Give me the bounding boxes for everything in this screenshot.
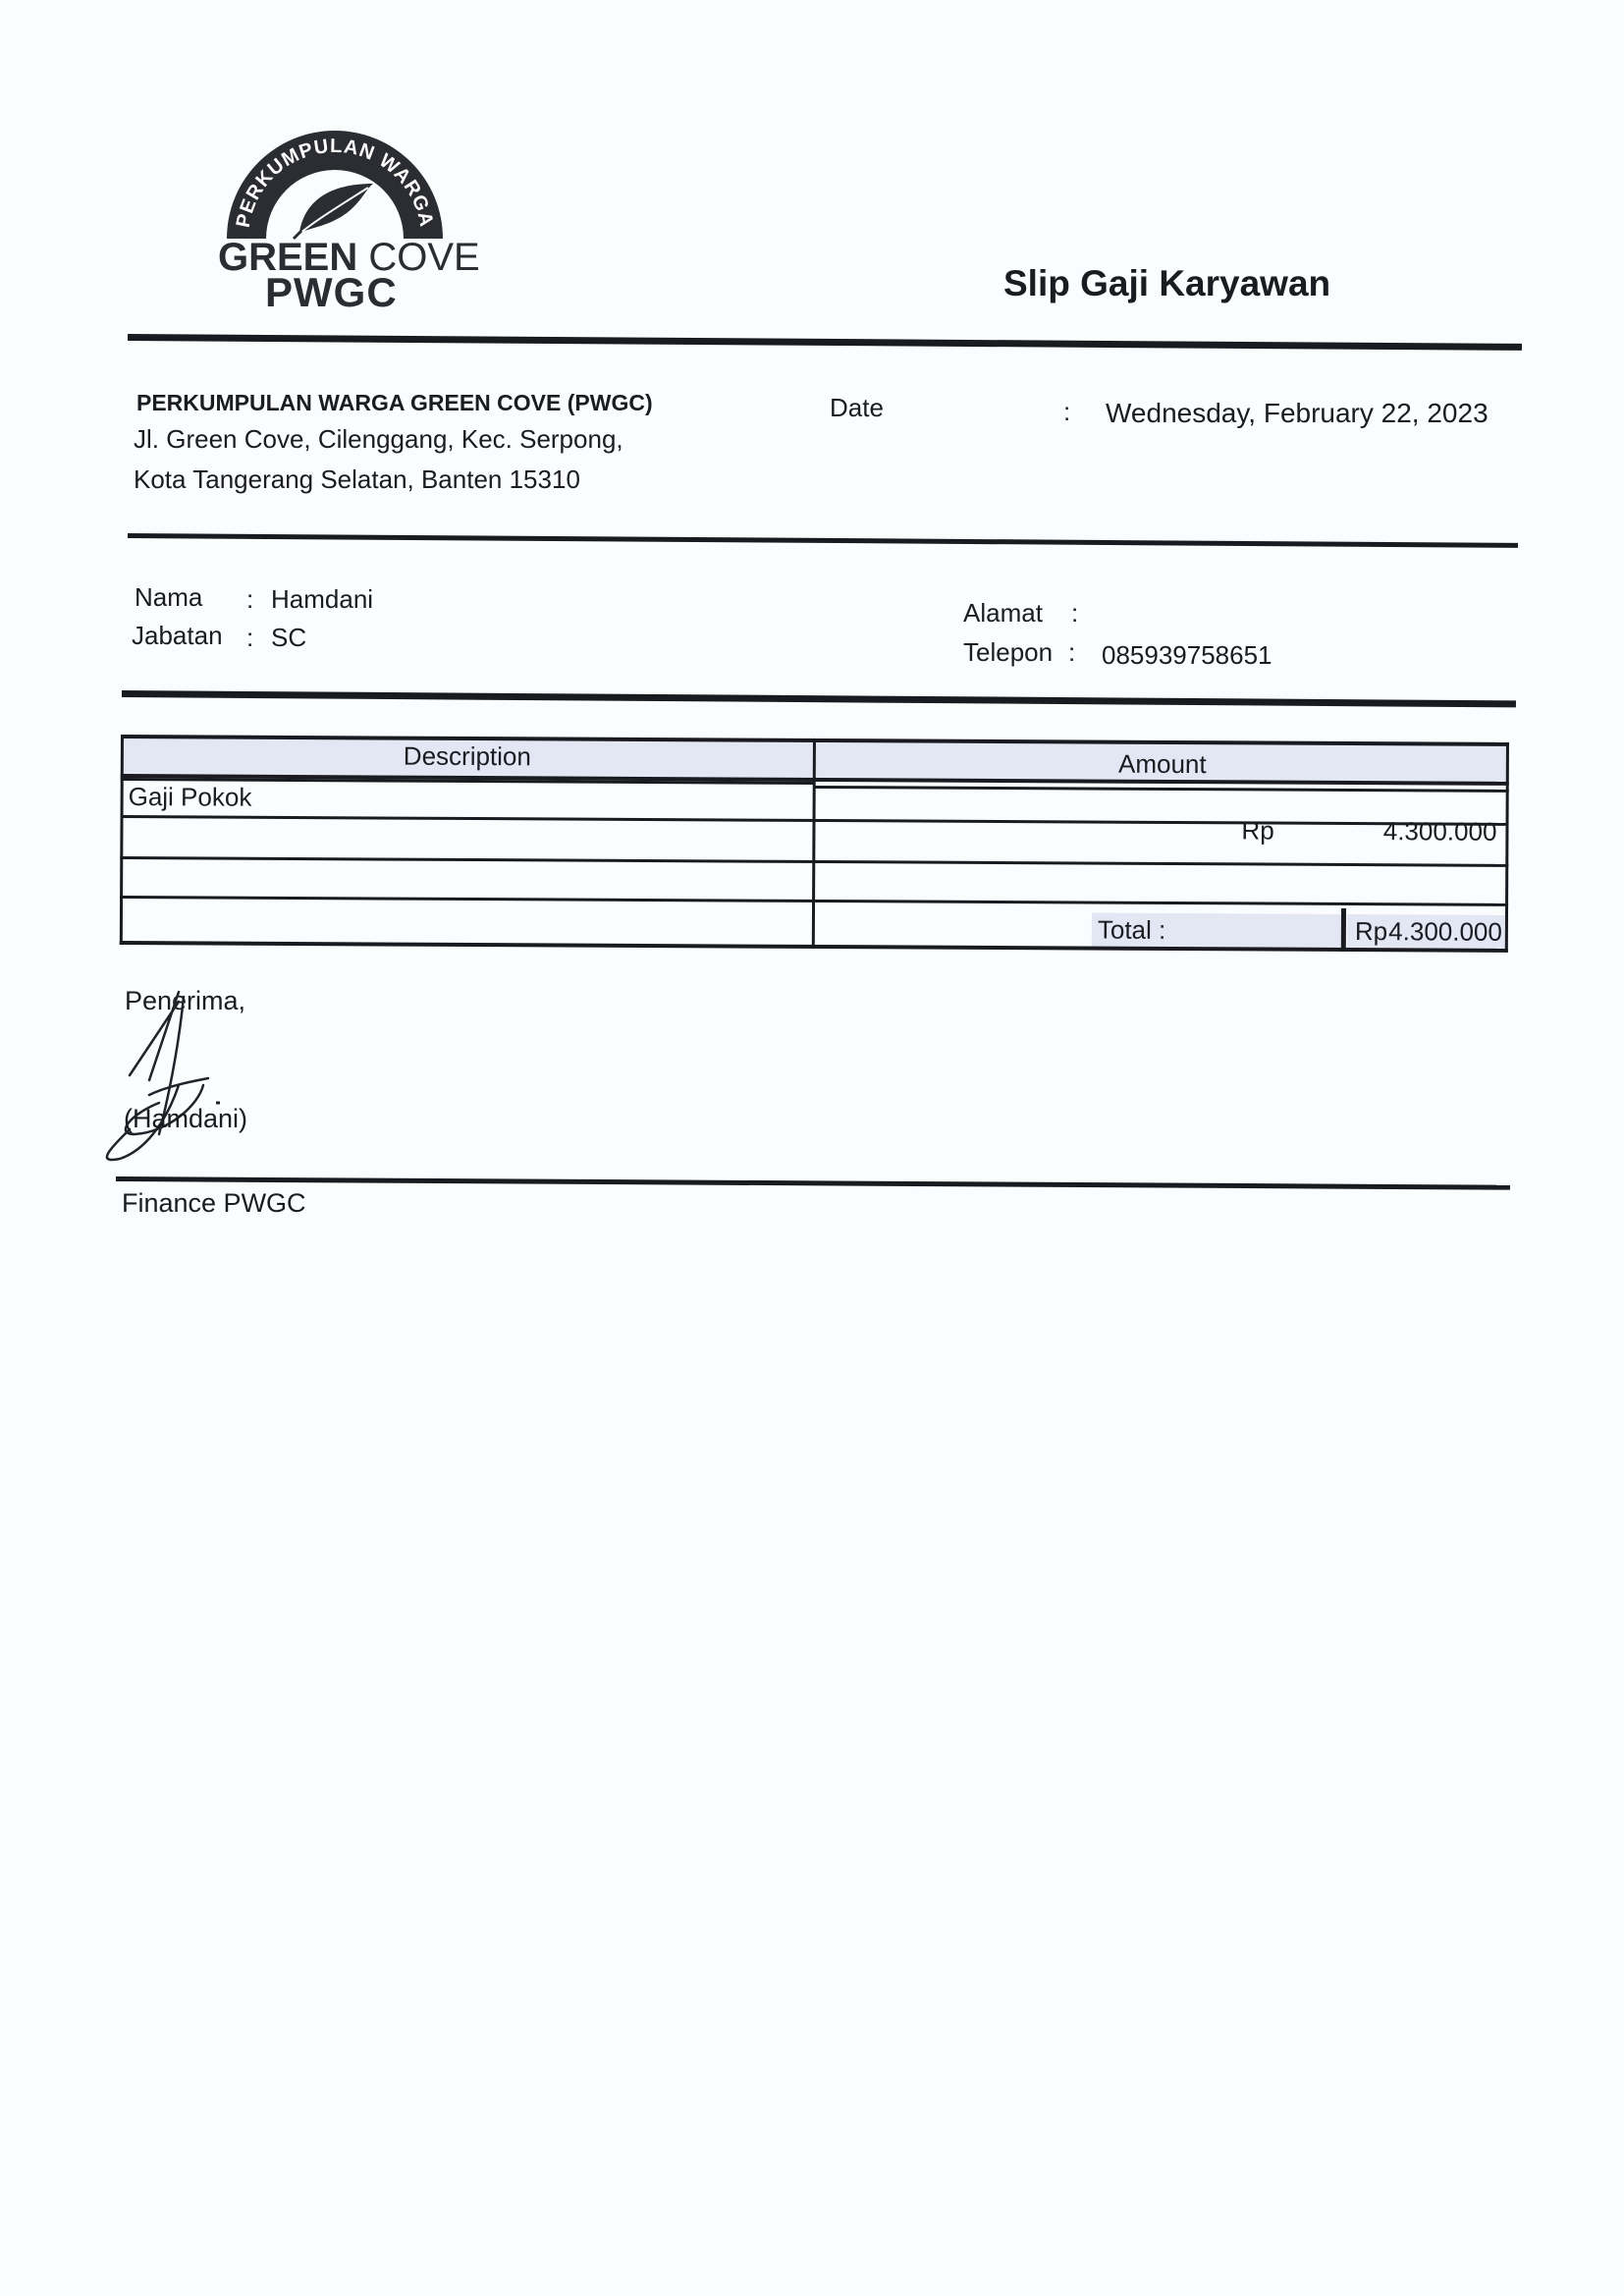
footer-department: Finance PWGC xyxy=(122,1188,306,1219)
date-label: Date xyxy=(830,393,884,423)
divider xyxy=(128,334,1522,351)
alamat-label: Alamat xyxy=(963,598,1043,629)
total-amount-cell: Rp 4.300.000 xyxy=(1347,914,1508,949)
alamat-separator: : xyxy=(1071,598,1078,629)
row-description: Gaji Pokok xyxy=(129,782,252,813)
company-address-line1: Jl. Green Cove, Cilenggang, Kec. Serpong… xyxy=(134,424,623,455)
total-label-cell: Total : xyxy=(1092,913,1341,948)
logo-abbreviation: PWGC xyxy=(265,269,398,316)
nama-separator: : xyxy=(246,584,253,615)
total-label: Total : xyxy=(1098,915,1166,946)
telepon-value: 085939758651 xyxy=(1102,640,1272,671)
date-separator: : xyxy=(1063,397,1070,427)
jabatan-separator: : xyxy=(246,623,253,653)
divider xyxy=(122,690,1516,707)
divider xyxy=(116,1176,1510,1190)
date-value: Wednesday, February 22, 2023 xyxy=(1106,398,1489,429)
document-title: Slip Gaji Karyawan xyxy=(1003,263,1330,304)
total-amount: 4.300.000 xyxy=(1388,916,1502,948)
nama-value: Hamdani xyxy=(271,584,373,615)
company-name: PERKUMPULAN WARGA GREEN COVE (PWGC) xyxy=(136,390,653,416)
recipient-name: (Hamdani) xyxy=(124,1104,247,1134)
jabatan-label: Jabatan xyxy=(132,621,223,651)
salary-table: Description Amount Gaji Pokok Rp 4.300.0… xyxy=(120,735,1509,957)
row-amount: 4.300.000 xyxy=(1383,816,1497,847)
row-currency: Rp xyxy=(1241,815,1273,846)
leaf-icon xyxy=(294,184,373,239)
telepon-separator: : xyxy=(1068,637,1075,668)
company-address-line2: Kota Tangerang Selatan, Banten 15310 xyxy=(134,465,580,495)
telepon-label: Telepon xyxy=(963,637,1053,668)
jabatan-value: SC xyxy=(271,623,306,653)
nama-label: Nama xyxy=(135,582,202,613)
divider xyxy=(128,533,1518,548)
total-currency: Rp xyxy=(1355,916,1387,947)
signature-mark xyxy=(90,987,267,1164)
